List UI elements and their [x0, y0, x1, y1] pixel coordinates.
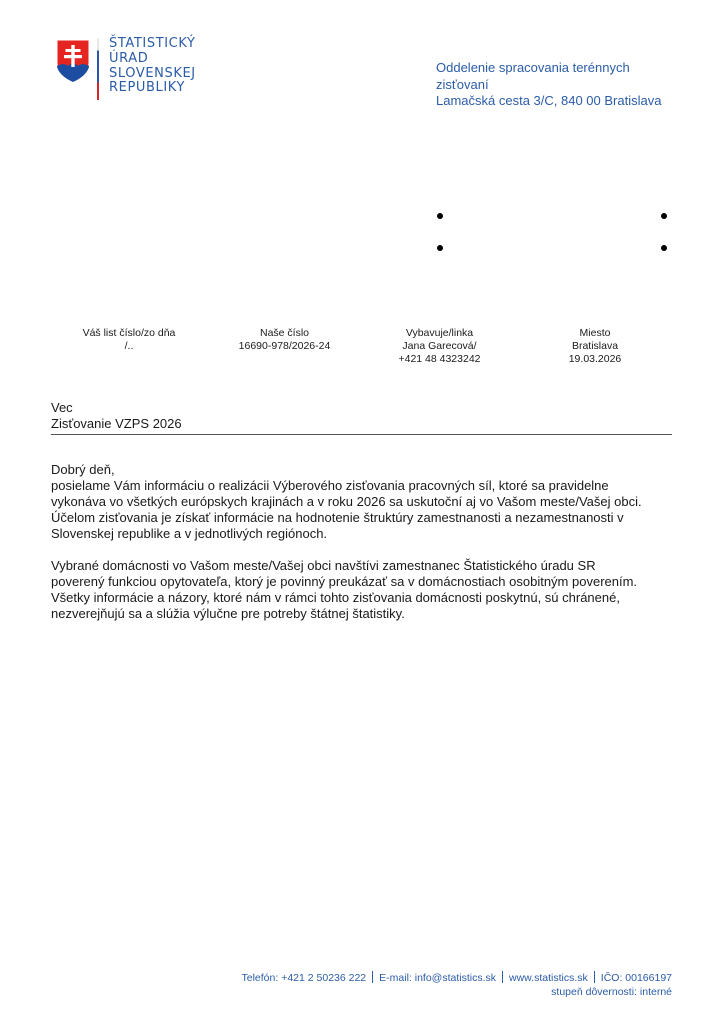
logo-line-4: REPUBLIKY	[109, 81, 196, 96]
ref-value: Bratislava	[517, 340, 673, 353]
logo-wordmark: ŠTATISTICKÝ ÚRAD SLOVENSKEJ REPUBLIKY	[109, 37, 196, 96]
paragraph-1: Dobrý deň, posielame Vám informáciu o re…	[51, 462, 681, 542]
department-line-2: zisťovaní	[436, 77, 661, 94]
body-line: posielame Vám informáciu o realizácii Vý…	[51, 478, 681, 494]
logo-line-3: SLOVENSKEJ	[109, 67, 196, 82]
footer: Telefón: +421 2 50236 222E-mail: info@st…	[242, 971, 673, 999]
footer-phone: Telefón: +421 2 50236 222	[242, 972, 367, 984]
body-line: Všetky informácie a názory, ktoré nám v …	[51, 590, 681, 606]
body-line: nezverejňujú sa a slúžia výlučne pre pot…	[51, 606, 681, 622]
letter-body: Dobrý deň, posielame Vám informáciu o re…	[51, 462, 681, 638]
logo-line-1: ŠTATISTICKÝ	[109, 37, 196, 52]
ref-value: Jana Garecová/	[362, 340, 517, 353]
body-line: Vybrané domácnosti vo Vašom meste/Vašej …	[51, 558, 681, 574]
body-line: poverený funkciou opytovateľa, ktorý je …	[51, 574, 681, 590]
ref-value: 16690-978/2026-24	[207, 340, 362, 353]
sus-logo: ŠTATISTICKÝ ÚRAD SLOVENSKEJ REPUBLIKY	[56, 38, 216, 102]
ref-your-letter: Váš list číslo/zo dňa /..	[51, 327, 207, 366]
footer-separator	[594, 971, 595, 983]
ref-handled-by: Vybavuje/linka Jana Garecová/ +421 48 43…	[362, 327, 517, 366]
ref-place: Miesto Bratislava 19.03.2026	[517, 327, 673, 366]
body-line: vykonáva vo všetkých európskych krajinác…	[51, 494, 681, 510]
logo-tricolor-rule	[97, 38, 99, 100]
address-window-marker-bottom-right	[661, 245, 667, 251]
street-address: Lamačská cesta 3/C, 840 00 Bratislava	[436, 93, 661, 110]
address-window-marker-bottom-left	[437, 245, 443, 251]
footer-ico: IČO: 00166197	[601, 972, 672, 984]
footer-separator	[372, 971, 373, 983]
ref-value: +421 48 4323242	[362, 353, 517, 366]
footer-website[interactable]: www.statistics.sk	[509, 972, 588, 984]
reference-row: Váš list číslo/zo dňa /.. Naše číslo 166…	[51, 327, 673, 366]
department-line-1: Oddelenie spracovania terénnych	[436, 60, 661, 77]
subject-title: Zisťovanie VZPS 2026	[51, 416, 672, 432]
footer-confidentiality: stupeň dôvernosti: interné	[242, 985, 673, 999]
subject-label: Vec	[51, 400, 672, 416]
footer-email[interactable]: E-mail: info@statistics.sk	[379, 972, 496, 984]
body-line: Účelom zisťovania je získať informácie n…	[51, 510, 681, 526]
body-line: Slovenskej republike a v jednotlivých re…	[51, 526, 681, 542]
sender-address: Oddelenie spracovania terénnych zisťovan…	[436, 60, 661, 110]
greeting: Dobrý deň,	[51, 462, 681, 478]
subject-block: Vec Zisťovanie VZPS 2026	[51, 400, 672, 435]
ref-our-number: Naše číslo 16690-978/2026-24	[207, 327, 362, 366]
footer-separator	[502, 971, 503, 983]
ref-label: Naše číslo	[207, 327, 362, 340]
address-window-marker-top-right	[661, 213, 667, 219]
slovak-coat-of-arms-icon	[56, 39, 90, 83]
paragraph-2: Vybrané domácnosti vo Vašom meste/Vašej …	[51, 558, 681, 622]
ref-label: Vybavuje/linka	[362, 327, 517, 340]
ref-value: /..	[51, 340, 207, 353]
footer-contacts: Telefón: +421 2 50236 222E-mail: info@st…	[242, 971, 673, 985]
ref-label: Miesto	[517, 327, 673, 340]
ref-label: Váš list číslo/zo dňa	[51, 327, 207, 340]
logo-line-2: ÚRAD	[109, 52, 196, 67]
ref-value: 19.03.2026	[517, 353, 673, 366]
address-window-marker-top-left	[437, 213, 443, 219]
